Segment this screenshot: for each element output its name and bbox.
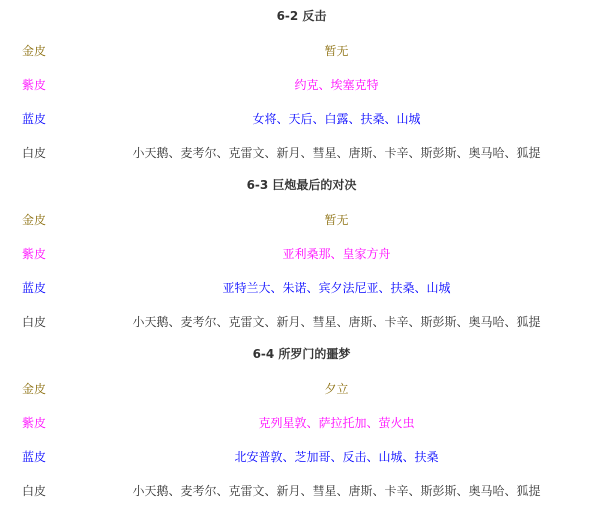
drop-table: 6-2 反击 金皮 暂无 紫皮 约克、埃塞克特 蓝皮 女将、天后、白露、扶桑、山…: [0, 0, 603, 505]
rarity-label-gold: 金皮: [0, 42, 70, 59]
row-white: 白皮 小天鹅、麦考尔、克雷文、新月、彗星、唐斯、卡辛、斯彭斯、奥马哈、狐提: [0, 473, 603, 505]
row-white: 白皮 小天鹅、麦考尔、克雷文、新月、彗星、唐斯、卡辛、斯彭斯、奥马哈、狐提: [0, 135, 603, 169]
rarity-label-purple: 紫皮: [0, 414, 70, 431]
rarity-label-blue: 蓝皮: [0, 110, 70, 127]
section-6-2: 6-2 反击 金皮 暂无 紫皮 约克、埃塞克特 蓝皮 女将、天后、白露、扶桑、山…: [0, 0, 603, 169]
section-title: 6-2 反击: [0, 0, 603, 33]
ship-list-blue: 女将、天后、白露、扶桑、山城: [70, 110, 603, 127]
ship-list-purple: 亚利桑那、皇家方舟: [70, 245, 603, 262]
row-blue: 蓝皮 北安普敦、芝加哥、反击、山城、扶桑: [0, 439, 603, 473]
ship-list-white: 小天鹅、麦考尔、克雷文、新月、彗星、唐斯、卡辛、斯彭斯、奥马哈、狐提: [70, 482, 603, 499]
rarity-label-purple: 紫皮: [0, 76, 70, 93]
row-gold: 金皮 暂无: [0, 33, 603, 67]
row-purple: 紫皮 约克、埃塞克特: [0, 67, 603, 101]
row-white: 白皮 小天鹅、麦考尔、克雷文、新月、彗星、唐斯、卡辛、斯彭斯、奥马哈、狐提: [0, 304, 603, 338]
section-6-3: 6-3 巨炮最后的对决 金皮 暂无 紫皮 亚利桑那、皇家方舟 蓝皮 亚特兰大、朱…: [0, 169, 603, 338]
row-gold: 金皮 夕立: [0, 371, 603, 405]
section-6-4: 6-4 所罗门的噩梦 金皮 夕立 紫皮 克列星敦、萨拉托加、萤火虫 蓝皮 北安普…: [0, 338, 603, 505]
ship-list-blue: 亚特兰大、朱诺、宾夕法尼亚、扶桑、山城: [70, 279, 603, 296]
ship-list-white: 小天鹅、麦考尔、克雷文、新月、彗星、唐斯、卡辛、斯彭斯、奥马哈、狐提: [70, 313, 603, 330]
row-purple: 紫皮 亚利桑那、皇家方舟: [0, 236, 603, 270]
ship-list-gold: 暂无: [70, 42, 603, 59]
rarity-label-white: 白皮: [0, 144, 70, 161]
row-gold: 金皮 暂无: [0, 202, 603, 236]
ship-list-purple: 克列星敦、萨拉托加、萤火虫: [70, 414, 603, 431]
section-title: 6-4 所罗门的噩梦: [0, 338, 603, 371]
rarity-label-gold: 金皮: [0, 211, 70, 228]
rarity-label-white: 白皮: [0, 482, 70, 499]
ship-list-white: 小天鹅、麦考尔、克雷文、新月、彗星、唐斯、卡辛、斯彭斯、奥马哈、狐提: [70, 144, 603, 161]
rarity-label-blue: 蓝皮: [0, 279, 70, 296]
rarity-label-gold: 金皮: [0, 380, 70, 397]
ship-list-gold: 暂无: [70, 211, 603, 228]
row-blue: 蓝皮 女将、天后、白露、扶桑、山城: [0, 101, 603, 135]
ship-list-gold: 夕立: [70, 380, 603, 397]
ship-list-purple: 约克、埃塞克特: [70, 76, 603, 93]
section-title: 6-3 巨炮最后的对决: [0, 169, 603, 202]
rarity-label-blue: 蓝皮: [0, 448, 70, 465]
ship-list-blue: 北安普敦、芝加哥、反击、山城、扶桑: [70, 448, 603, 465]
row-blue: 蓝皮 亚特兰大、朱诺、宾夕法尼亚、扶桑、山城: [0, 270, 603, 304]
rarity-label-purple: 紫皮: [0, 245, 70, 262]
row-purple: 紫皮 克列星敦、萨拉托加、萤火虫: [0, 405, 603, 439]
rarity-label-white: 白皮: [0, 313, 70, 330]
